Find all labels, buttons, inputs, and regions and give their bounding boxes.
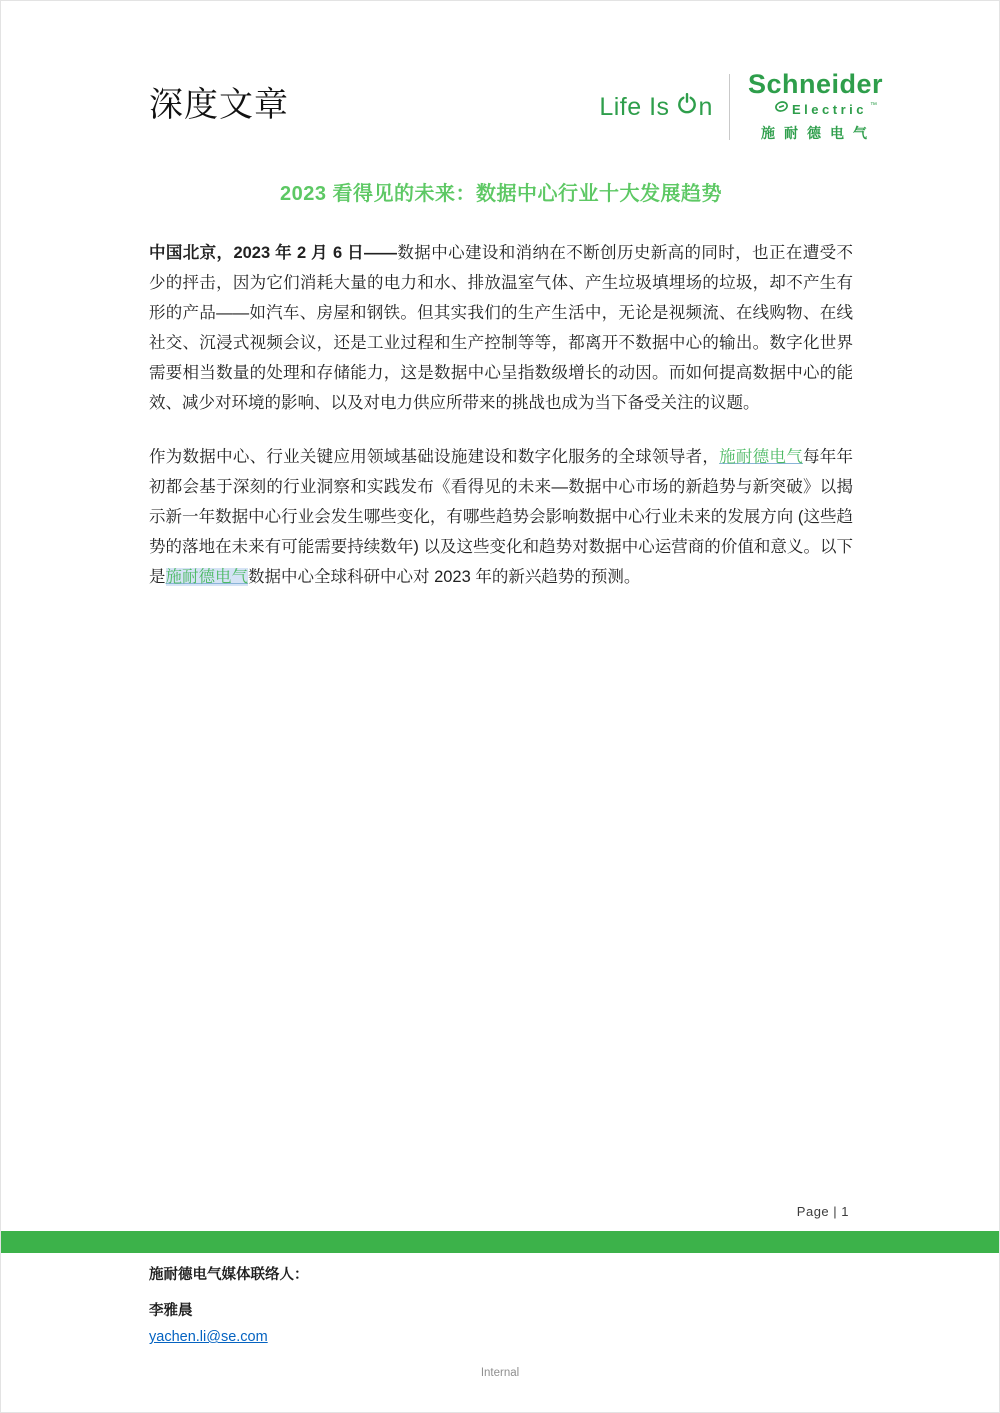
schneider-electric-logo: Schneider Electric ™ 施耐德电气: [748, 71, 883, 143]
paragraph-1-text: 数据中心建设和消纳在不断创历史新高的同时，也正在遭受不少的抨击，因为它们消耗大量…: [149, 244, 853, 412]
classification-label: Internal: [1, 1367, 999, 1379]
schneider-cn-name: 施耐德电气: [748, 123, 883, 143]
contact-heading: 施耐德电气媒体联络人：: [149, 1263, 309, 1284]
schneider-link-1[interactable]: 施耐德电气: [719, 448, 803, 466]
tagline-suffix: n: [699, 93, 713, 122]
brand-header: Life Is n Schneider Electric ™ 施耐德电气: [599, 71, 883, 143]
article-content: 2023 看得见的未来：数据中心行业十大发展趋势 中国北京，2023 年 2 月…: [149, 177, 853, 592]
doc-type-heading: 深度文章: [149, 77, 289, 126]
paragraph-1: 中国北京，2023 年 2 月 6 日——数据中心建设和消纳在不断创历史新高的同…: [149, 238, 853, 418]
power-on-icon: [676, 93, 698, 122]
dateline: 中国北京，2023 年 2 月 6 日——: [149, 244, 397, 262]
media-contact-block: 施耐德电气媒体联络人： 李雅晨 yachen.li@se.com: [149, 1263, 309, 1346]
schneider-wordmark: Schneider: [748, 71, 883, 98]
paragraph-2-text-2: 每年年初都会基于深刻的行业洞察和实践发布《看得见的未来—数据中心市场的新趋势与新…: [149, 448, 853, 586]
contact-name: 李雅晨: [149, 1299, 309, 1320]
tagline-text: Life Is: [599, 93, 669, 122]
page-number: Page | 1: [797, 1204, 849, 1219]
trademark-symbol: ™: [870, 102, 877, 109]
logo-divider: [729, 74, 730, 140]
article-title: 2023 看得见的未来：数据中心行业十大发展趋势: [149, 177, 853, 206]
contact-email-link[interactable]: yachen.li@se.com: [149, 1329, 268, 1345]
document-page: 深度文章 Life Is n Schneider Electric ™ 施耐德电…: [0, 0, 1000, 1413]
paragraph-2: 作为数据中心、行业关键应用领域基础设施建设和数字化服务的全球领导者，施耐德电气每…: [149, 442, 853, 592]
electric-wordmark: Electric: [792, 102, 867, 117]
schneider-emblem-icon: [774, 99, 789, 119]
paragraph-2-text-3: 数据中心全球科研中心对 2023 年的新兴趋势的预测。: [248, 568, 640, 586]
life-is-on-tagline: Life Is n: [599, 93, 713, 122]
paragraph-2-text-1: 作为数据中心、行业关键应用领域基础设施建设和数字化服务的全球领导者，: [149, 448, 719, 466]
footer-green-bar: [1, 1231, 999, 1253]
schneider-link-2[interactable]: 施耐德电气: [166, 568, 249, 586]
